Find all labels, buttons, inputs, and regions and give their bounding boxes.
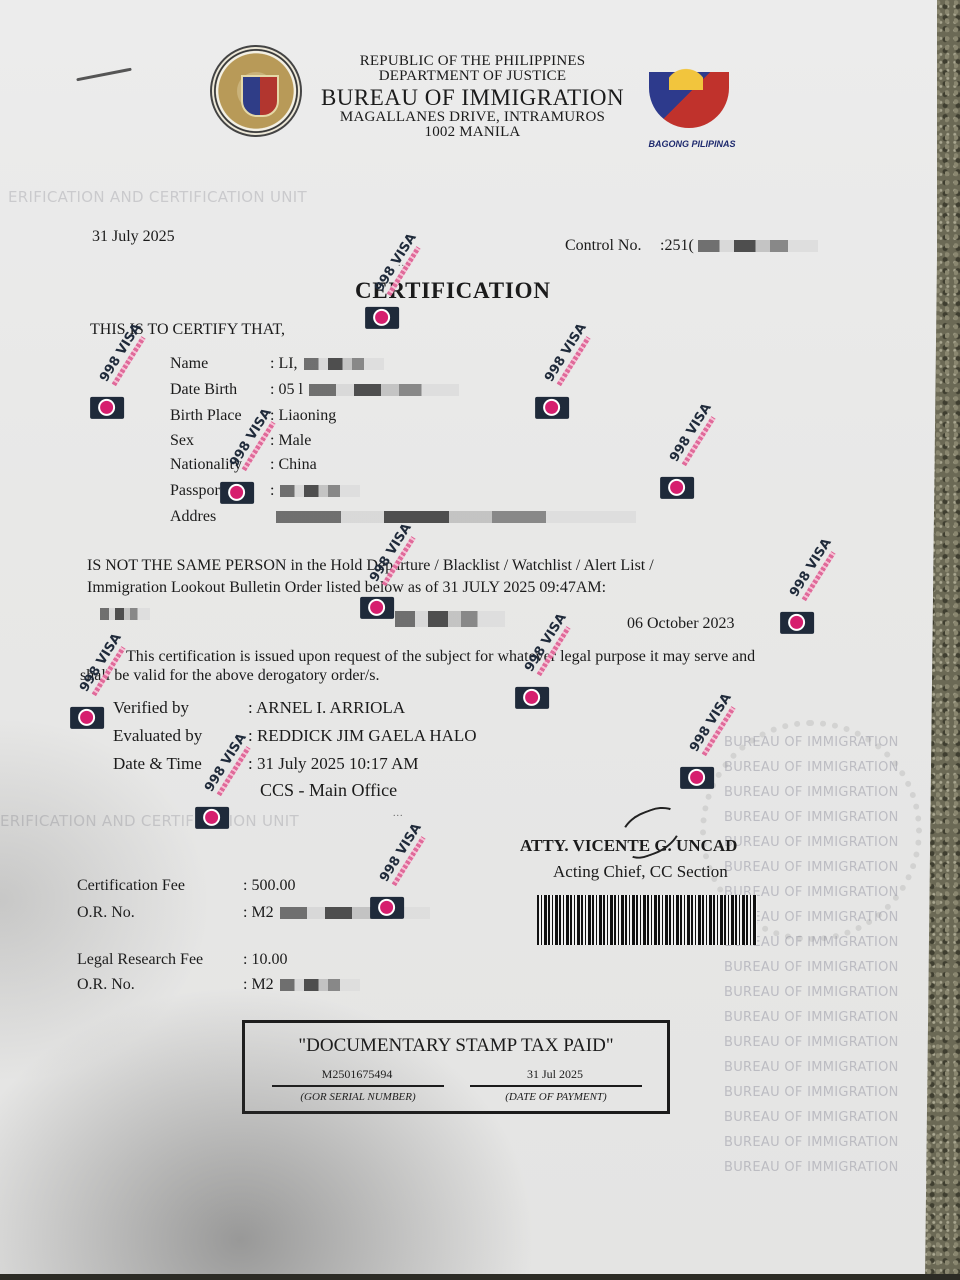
serial-caption: (GOR SERIAL NUMBER) bbox=[272, 1091, 444, 1103]
fee-0-value: : 500.00 bbox=[243, 877, 295, 895]
barcode bbox=[537, 895, 757, 945]
logo-caption: BAGONG PILIPINAS bbox=[637, 139, 747, 149]
bureau-name: BUREAU OF IMMIGRATION bbox=[300, 86, 645, 109]
fee-1-value: : M2 bbox=[243, 904, 430, 922]
fee-3-value: : M2 bbox=[243, 976, 360, 994]
security-text: BUREAU OF IMMIGRATION bbox=[724, 985, 899, 1000]
address-line-2: 1002 MANILA bbox=[300, 125, 645, 140]
order-date: 06 October 2023 bbox=[627, 615, 735, 633]
subject-sex-value: : Male bbox=[270, 432, 311, 450]
control-number-label: Control No. bbox=[565, 237, 641, 255]
purpose-line-1: This certification is issued upon reques… bbox=[126, 647, 816, 667]
payment-date-caption: (DATE OF PAYMENT) bbox=[470, 1091, 642, 1103]
subject-birth-place-label: Birth Place bbox=[170, 407, 242, 425]
security-text: BUREAU OF IMMIGRATION bbox=[724, 760, 899, 775]
security-text: BUREAU OF IMMIGRATION bbox=[724, 1035, 899, 1050]
verification-2-label: Date & Time bbox=[113, 754, 202, 774]
security-text: BUREAU OF IMMIGRATION bbox=[724, 835, 899, 850]
purpose-line-2: shall be valid for the above derogatory … bbox=[80, 666, 770, 686]
fee-1-label: O.R. No. bbox=[77, 904, 135, 922]
subject-nationality-value: : China bbox=[270, 456, 317, 474]
subject-addres-value bbox=[270, 508, 636, 526]
office-name: CCS - Main Office bbox=[260, 780, 397, 801]
payment-date: 31 Jul 2025 bbox=[470, 1067, 640, 1082]
verification-1-label: Evaluated by bbox=[113, 726, 202, 746]
dots: ... bbox=[398, 258, 409, 269]
subject-birth-place-value: : Liaoning bbox=[270, 407, 336, 425]
statement-line-1: IS NOT THE SAME PERSON in the Hold Depar… bbox=[87, 556, 812, 576]
verification-0-value: : ARNEL I. ARRIOLA bbox=[248, 698, 405, 718]
fee-2-label: Legal Research Fee bbox=[77, 951, 203, 969]
security-text: BUREAU OF IMMIGRATION bbox=[724, 960, 899, 975]
subject-name-label: Name bbox=[170, 355, 208, 373]
intro-text: THIS IS TO CERTIFY THAT, bbox=[90, 321, 285, 339]
control-number-value: :251( bbox=[660, 237, 818, 255]
security-text: BUREAU OF IMMIGRATION bbox=[724, 1110, 899, 1125]
subject-nationality-label: Nationality bbox=[170, 456, 242, 474]
table-edge bbox=[0, 1274, 960, 1280]
security-text: BUREAU OF IMMIGRATION bbox=[724, 785, 899, 800]
subject-date-birth-label: Date Birth bbox=[170, 381, 237, 399]
subject-date-birth-value: : 05 l bbox=[270, 381, 459, 399]
unit-watermark-top: ERIFICATION AND CERTIFICATION UNIT bbox=[8, 188, 307, 206]
dots-2: ... bbox=[393, 808, 404, 819]
stamp-title: "DOCUMENTARY STAMP TAX PAID" bbox=[245, 1035, 667, 1057]
documentary-stamp-box: "DOCUMENTARY STAMP TAX PAID" M2501675494… bbox=[242, 1020, 670, 1114]
subject-name-value: : LI, bbox=[270, 355, 384, 373]
security-text: BUREAU OF IMMIGRATION bbox=[724, 1060, 899, 1075]
bureau-seal-icon bbox=[210, 45, 302, 137]
document-date: 31 July 2025 bbox=[92, 228, 175, 246]
document-title: CERTIFICATION bbox=[355, 278, 551, 304]
security-text: BUREAU OF IMMIGRATION bbox=[724, 810, 899, 825]
subject-passport--label: Passport# bbox=[170, 482, 232, 500]
fee-3-label: O.R. No. bbox=[77, 976, 135, 994]
security-text: BUREAU OF IMMIGRATION bbox=[724, 1085, 899, 1100]
subject-sex-label: Sex bbox=[170, 432, 194, 450]
unit-watermark-middle: ERIFICATION AND CERTIFICATION UNIT bbox=[0, 812, 299, 830]
security-text: BUREAU OF IMMIGRATION bbox=[724, 1160, 899, 1175]
verification-1-value: : REDDICK JIM GAELA HALO bbox=[248, 726, 477, 746]
security-text: BUREAU OF IMMIGRATION bbox=[724, 1135, 899, 1150]
order-redacted bbox=[100, 605, 150, 623]
order-name-redacted bbox=[395, 610, 505, 628]
date-underline bbox=[470, 1085, 642, 1087]
fee-2-value: : 10.00 bbox=[243, 951, 287, 969]
subject-addres-label: Addres bbox=[170, 508, 216, 526]
republic-line: REPUBLIC OF THE PHILIPPINES bbox=[300, 54, 645, 69]
statement-line-2: Immigration Lookout Bulletin Order liste… bbox=[87, 578, 812, 598]
security-text: BUREAU OF IMMIGRATION bbox=[724, 1010, 899, 1025]
signatory-position: Acting Chief, CC Section bbox=[553, 862, 728, 882]
security-text: BUREAU OF IMMIGRATION bbox=[724, 735, 899, 750]
address-line-1: MAGALLANES DRIVE, INTRAMUROS bbox=[300, 110, 645, 125]
bagong-pilipinas-logo-icon: BAGONG PILIPINAS bbox=[645, 60, 737, 142]
verification-2-value: : 31 July 2025 10:17 AM bbox=[248, 754, 419, 774]
fee-0-label: Certification Fee bbox=[77, 877, 185, 895]
gor-serial-number: M2501675494 bbox=[272, 1067, 442, 1082]
security-text: BUREAU OF IMMIGRATION bbox=[724, 860, 899, 875]
letterhead: REPUBLIC OF THE PHILIPPINES DEPARTMENT O… bbox=[300, 54, 645, 140]
department-line: DEPARTMENT OF JUSTICE bbox=[300, 69, 645, 84]
serial-underline bbox=[272, 1085, 444, 1087]
verification-0-label: Verified by bbox=[113, 698, 189, 718]
subject-passport--value: : bbox=[270, 482, 360, 500]
